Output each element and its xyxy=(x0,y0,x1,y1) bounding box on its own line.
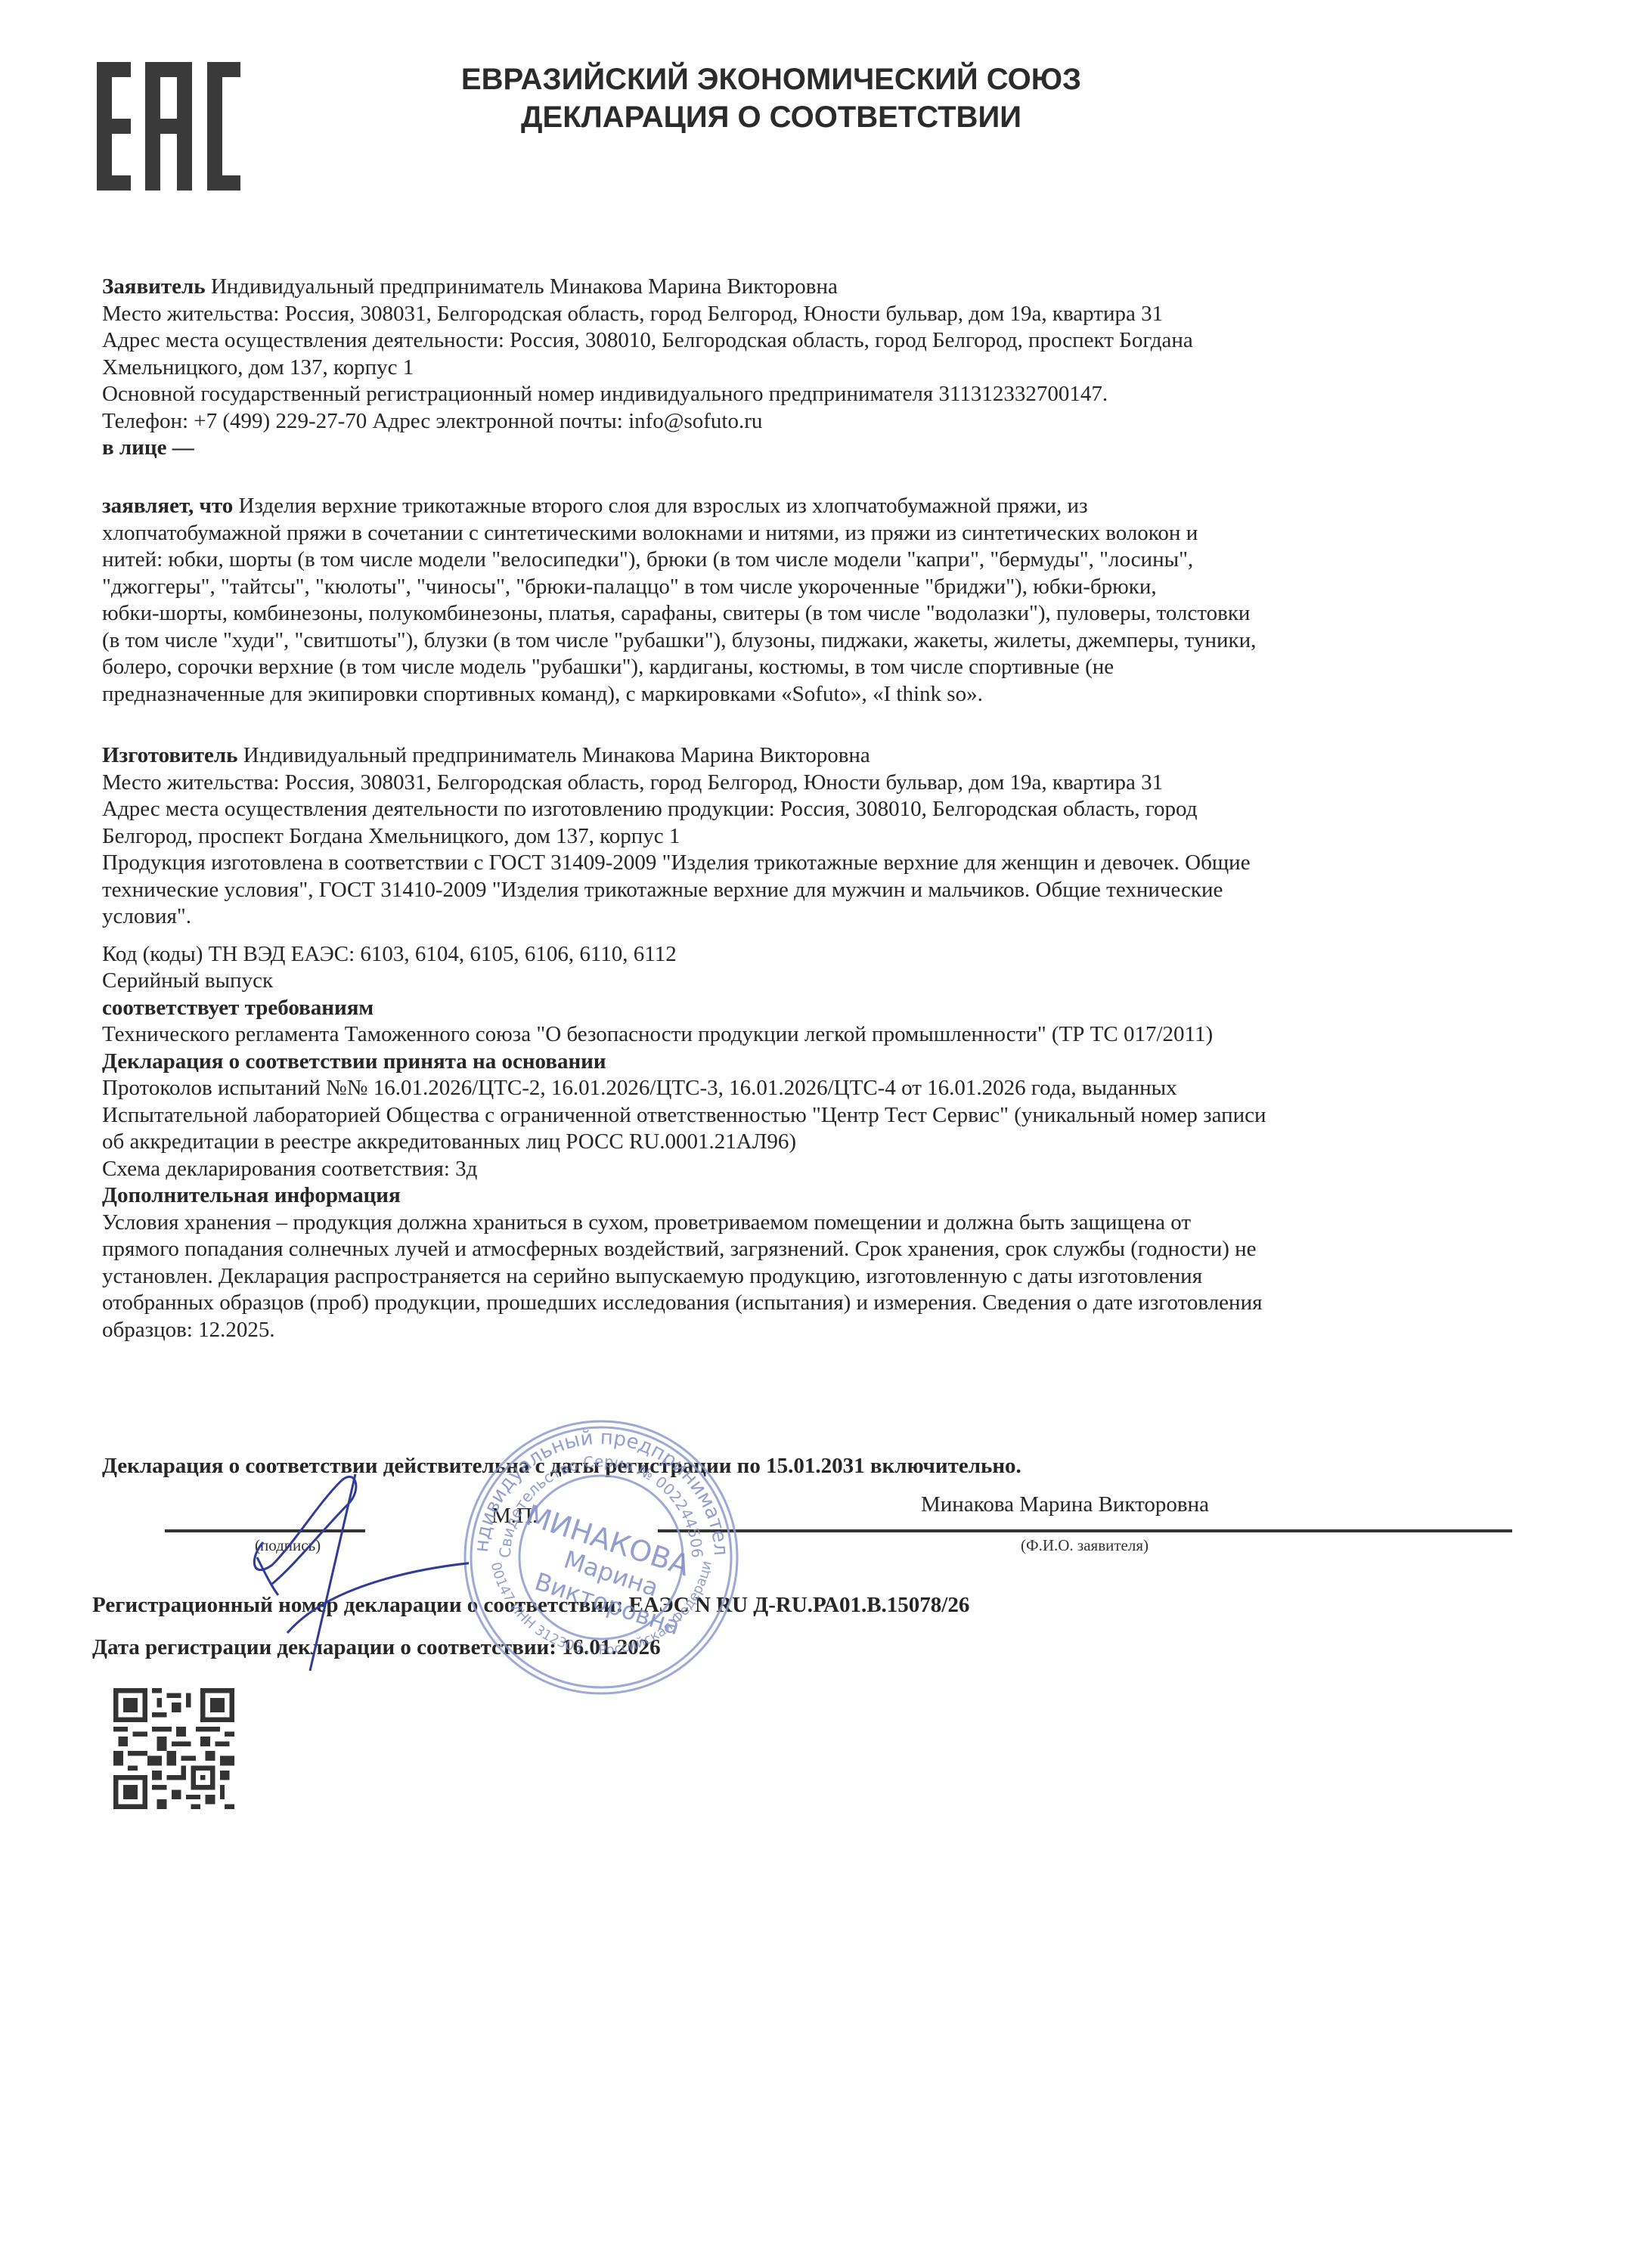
qr-code-icon xyxy=(113,1688,234,1809)
declaration-line: хлопчатобумажной пряжи в сочетании с син… xyxy=(102,520,1516,547)
additional-info-line: образцов: 12.2025. xyxy=(102,1317,1516,1344)
manufacturer-production-address-cont: Белгород, проспект Богдана Хмельницкого,… xyxy=(102,823,1516,850)
basis-label: Декларация о соответствии принята на осн… xyxy=(102,1049,1516,1076)
declaration-page: ЕВРАЗИЙСКИЙ ЭКОНОМИЧЕСКИЙ СОЮЗ ДЕКЛАРАЦИ… xyxy=(0,0,1643,2268)
declaration-line: болеро, сорочки верхние (в том числе мод… xyxy=(102,654,1516,681)
manufacturer-standards-cont: технические условия", ГОСТ 31410-2009 "И… xyxy=(102,877,1516,904)
handwritten-signature-icon xyxy=(242,1452,469,1678)
accreditation-record: об аккредитации в реестре аккредитованны… xyxy=(102,1129,1516,1156)
technical-regulation: Технического регламента Таможенного союз… xyxy=(102,1021,1516,1049)
additional-info-line: установлен. Декларация распространяется … xyxy=(102,1263,1516,1290)
manufacturer-residence: Место жительства: Россия, 308031, Белгор… xyxy=(102,770,1516,797)
applicant-label: Заявитель xyxy=(102,274,206,299)
applicant-activity-address: Адрес места осуществления деятельности: … xyxy=(102,327,1516,355)
applicant-name: Индивидуальный предприниматель Минакова … xyxy=(206,274,838,299)
declaration-section: заявляет, что Изделия верхние трикотажны… xyxy=(102,493,1516,708)
manufacturer-standards: Продукция изготовлена в соответствии с Г… xyxy=(102,850,1516,877)
manufacturer-standards-end: условия". xyxy=(102,903,1516,931)
document-title: ЕВРАЗИЙСКИЙ ЭКОНОМИЧЕСКИЙ СОЮЗ ДЕКЛАРАЦИ… xyxy=(302,60,1240,136)
manufacturer-name: Индивидуальный предприниматель Минакова … xyxy=(238,743,870,767)
title-declaration: ДЕКЛАРАЦИЯ О СООТВЕТСТВИИ xyxy=(302,98,1240,136)
manufacturer-section: Изготовитель Индивидуальный предпринимат… xyxy=(102,742,1516,1343)
additional-info-line: прямого попадания солнечных лучей и атмо… xyxy=(102,1236,1516,1263)
name-caption: (Ф.И.О. заявителя) xyxy=(1021,1536,1149,1555)
seal-stamp-icon: Индивидуальный предприниматель Свидетель… xyxy=(457,1414,745,1701)
declares-label: заявляет, что xyxy=(102,494,233,518)
applicant-ogrnip: Основной государственный регистрационный… xyxy=(102,381,1516,408)
manufacturer-label: Изготовитель xyxy=(102,743,238,767)
applicant-section: Заявитель Индивидуальный предприниматель… xyxy=(102,274,1516,462)
production-type: Серийный выпуск xyxy=(102,968,1516,995)
additional-info-label: Дополнительная информация xyxy=(102,1182,1516,1210)
title-union: ЕВРАЗИЙСКИЙ ЭКОНОМИЧЕСКИЙ СОЮЗ xyxy=(302,60,1240,98)
declaration-line: предназначенные для экипировки спортивны… xyxy=(102,681,1516,708)
declaration-line: юбки-шорты, комбинезоны, полукомбинезоны… xyxy=(102,600,1516,627)
applicant-residence: Место жительства: Россия, 308031, Белгор… xyxy=(102,301,1516,328)
declaration-line: нитей: юбки, шорты (в том числе модели "… xyxy=(102,547,1516,574)
name-line xyxy=(658,1529,1512,1532)
additional-info-line: отобранных образцов (проб) продукции, пр… xyxy=(102,1290,1516,1317)
compliance-label: соответствует требованиям xyxy=(102,995,1516,1022)
applicant-contacts: Телефон: +7 (499) 229-27-70 Адрес электр… xyxy=(102,408,1516,435)
represented-by: в лице — xyxy=(102,435,1516,462)
declaration-line: (в том числе "худи", "свитшоты"), блузки… xyxy=(102,627,1516,655)
test-laboratory: Испытательной лабораторией Общества с ог… xyxy=(102,1102,1516,1129)
test-protocols: Протоколов испытаний №№ 16.01.2026/ЦТС-2… xyxy=(102,1075,1516,1102)
hs-codes: Код (коды) ТН ВЭД ЕАЭС: 6103, 6104, 6105… xyxy=(102,941,1516,968)
declaration-line: Изделия верхние трикотажные второго слоя… xyxy=(233,494,1087,518)
manufacturer-production-address: Адрес места осуществления деятельности п… xyxy=(102,796,1516,823)
declaration-scheme: Схема декларирования соответствия: 3д xyxy=(102,1156,1516,1183)
declaration-line: "джоггеры", "тайтсы", "кюлоты", "чиносы"… xyxy=(102,574,1516,601)
eac-mark-icon xyxy=(97,62,240,191)
additional-info-line: Условия хранения – продукция должна хран… xyxy=(102,1210,1516,1237)
signer-name: Минакова Марина Викторовна xyxy=(921,1492,1450,1519)
applicant-activity-address-cont: Хмельницкого, дом 137, корпус 1 xyxy=(102,355,1516,382)
